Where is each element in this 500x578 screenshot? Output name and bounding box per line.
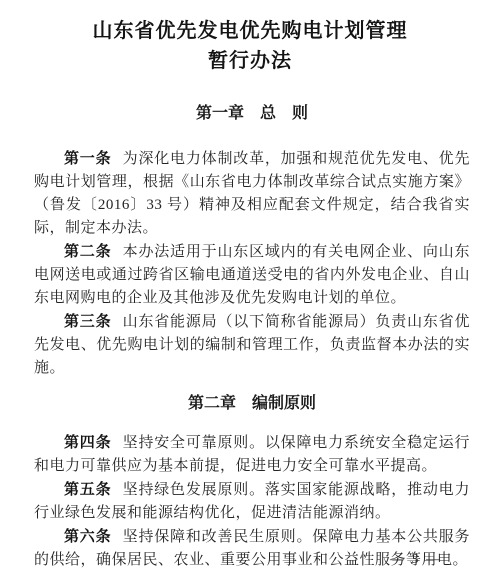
article-label: 第二条 — [64, 243, 111, 260]
article-label: 第五条 — [64, 481, 111, 498]
document-title: 山东省优先发电优先购电计划管理 暂行办法 — [0, 0, 500, 76]
article-label: 第一条 — [64, 150, 111, 167]
document-body: 第一章 总 则第一条为深化电力体制改革，加强和规范优先发电、优先购电计划管理，根… — [0, 104, 500, 572]
chapter-heading: 第一章 总 则 — [34, 104, 470, 123]
article-paragraph: 第四条坚持安全可靠原则。以保障电力系统安全稳定运行和电力可靠供应为基本前提，促进… — [34, 431, 470, 478]
article-label: 第六条 — [64, 528, 111, 545]
document-title-line1: 山东省优先发电优先购电计划管理 — [0, 16, 500, 46]
article-paragraph: 第二条本办法适用于山东区域内的有关电网企业、向山东电网送电或通过跨省区输电通道送… — [34, 240, 470, 310]
article-label: 第四条 — [64, 434, 111, 451]
document-page: 山东省优先发电优先购电计划管理 暂行办法 第一章 总 则第一条为深化电力体制改革… — [0, 0, 500, 578]
chapter-heading: 第二章 编制原则 — [34, 394, 470, 413]
article-paragraph: 第一条为深化电力体制改革，加强和规范优先发电、优先购电计划管理，根据《山东省电力… — [34, 147, 470, 240]
page-number: — 3 — — [390, 552, 442, 568]
article-label: 第三条 — [64, 313, 111, 330]
article-paragraph: 第三条山东省能源局（以下简称省能源局）负责山东省优先发电、优先购电计划的编制和管… — [34, 310, 470, 380]
article-paragraph: 第五条坚持绿色发展原则。落实国家能源战略，推动电力行业绿色发展和能源结构优化，促… — [34, 478, 470, 525]
document-title-line2: 暂行办法 — [0, 46, 500, 76]
